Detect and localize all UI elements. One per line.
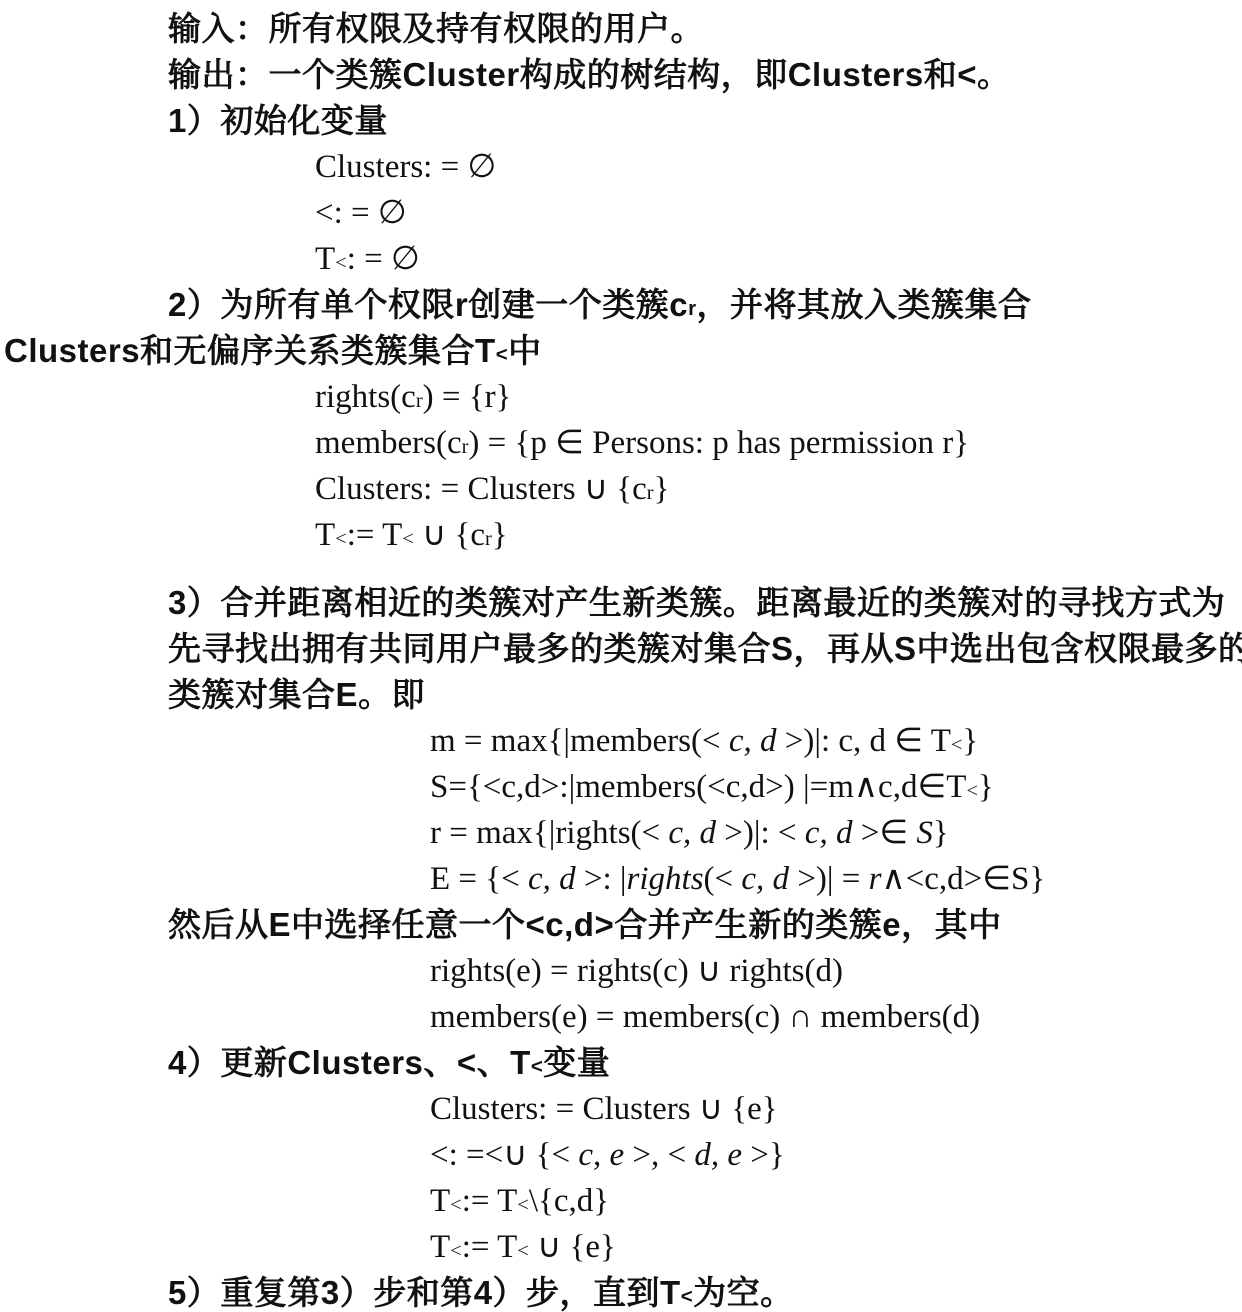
- text-run: ) = {r}: [423, 374, 512, 420]
- text-run: }: [962, 718, 978, 764]
- text-run: }: [492, 512, 508, 558]
- text-run: 3）合并距离相近的类簇对产生新类簇。距离最近的类簇对的寻找方式为: [168, 580, 1225, 626]
- italic-run: c, d: [729, 718, 777, 764]
- formula-members-cr: members(cr) = {p ∈ Persons: p has permis…: [0, 420, 1242, 466]
- document-page: 输入：所有权限及持有权限的用户。 输出：一个类簇Cluster构成的树结构，即C…: [0, 0, 1242, 1312]
- formula-members-e: members(e) = members(c) ∩ members(d): [0, 994, 1242, 1040]
- text-run: }: [933, 810, 949, 856]
- text-run: T: [315, 512, 335, 558]
- line-input-label: 输入：所有权限及持有权限的用户。: [0, 6, 1242, 52]
- text-run: \{c,d}: [529, 1178, 609, 1224]
- text-run: members(e) = members(c) ∩ members(d): [430, 994, 980, 1040]
- italic-run: c, d: [805, 810, 853, 856]
- text-run: r = max{|rights(<: [430, 810, 668, 856]
- text-run: Clusters: = ∅: [315, 144, 496, 190]
- text-run: rights(e) = rights(c) ∪ rights(d): [430, 948, 843, 994]
- text-run: 变量: [543, 1040, 610, 1086]
- text-run: Clusters: = Clusters ∪ {c: [315, 466, 647, 512]
- formula-t-init: T<: = ∅: [0, 236, 1242, 282]
- text-run: ，并将其放入类簇集合: [697, 282, 1032, 328]
- text-run: 中: [508, 328, 542, 374]
- text-run: >∈: [852, 810, 916, 856]
- italic-run: c, d: [741, 856, 789, 902]
- step-5-heading: 5）重复第3）步和第4）步，直到T<为空。: [0, 1270, 1242, 1312]
- text-run: T: [315, 236, 335, 282]
- italic-run: S: [916, 810, 933, 856]
- text-run: : = ∅: [347, 236, 420, 282]
- text-run: 类簇对集合E。即: [168, 672, 425, 718]
- formula-clusters-union-cr: Clusters: = Clusters ∪ {cr}: [0, 466, 1242, 512]
- text-run: <: =<∪ {<: [430, 1132, 578, 1178]
- formula-clusters-union-e: Clusters: = Clusters ∪ {e}: [0, 1086, 1242, 1132]
- formula-rights-cr: rights(cr) = {r}: [0, 374, 1242, 420]
- italic-run: c, d: [528, 856, 576, 902]
- formula-s-set: S={<c,d>:|members(<c,d>) |=m∧c,d∈T<}: [0, 764, 1242, 810]
- text-run: >)| =: [789, 856, 869, 902]
- text-run: >)|: <: [716, 810, 805, 856]
- text-run: := T: [462, 1224, 518, 1270]
- text-run: := T: [347, 512, 403, 558]
- formula-t-union-e: T<:= T< ∪ {e}: [0, 1224, 1242, 1270]
- text-run: 1）初始化变量: [168, 98, 388, 144]
- step-4-heading: 4）更新Clusters、<、T<变量: [0, 1040, 1242, 1086]
- italic-run: r: [869, 856, 882, 902]
- text-run: ∪ {e}: [529, 1224, 616, 1270]
- text-run: E = {<: [430, 856, 528, 902]
- text-run: members(c: [315, 420, 462, 466]
- line-output-label: 输出：一个类簇Cluster构成的树结构，即Clusters和<。: [0, 52, 1242, 98]
- text-run: }: [978, 764, 994, 810]
- formula-rights-e: rights(e) = rights(c) ∪ rights(d): [0, 948, 1242, 994]
- italic-run: d, e: [694, 1132, 742, 1178]
- text-run: >: |: [576, 856, 627, 902]
- formula-clusters-init: Clusters: = ∅: [0, 144, 1242, 190]
- step-3-heading: 3）合并距离相近的类簇对产生新类簇。距离最近的类簇对的寻找方式为: [0, 580, 1242, 626]
- text-run: S={<c,d>:|members(<c,d>) |=m∧c,d∈T: [430, 764, 966, 810]
- formula-order-init: <: = ∅: [0, 190, 1242, 236]
- text-run: m = max{|members(<: [430, 718, 729, 764]
- text-run: ∪ {c: [414, 512, 485, 558]
- formula-order-union-pairs: <: =<∪ {< c, e >, < d, e >}: [0, 1132, 1242, 1178]
- formula-r-max-rights: r = max{|rights(< c, d >)|: < c, d >∈ S}: [0, 810, 1242, 856]
- step-3-merge-note: 然后从E中选择任意一个<c,d>合并产生新的类簇e，其中: [0, 902, 1242, 948]
- text-run: rights(c: [315, 374, 416, 420]
- text-run: (<: [704, 856, 742, 902]
- step-2-heading: 2）为所有单个权限r创建一个类簇cr，并将其放入类簇集合: [0, 282, 1242, 328]
- formula-t-union-cr: T<:= T< ∪ {cr}: [0, 512, 1242, 558]
- text-run: T: [430, 1178, 450, 1224]
- text-run: 输入：所有权限及持有权限的用户。: [168, 6, 704, 52]
- italic-run: c, e: [578, 1132, 624, 1178]
- italic-run: c, d: [668, 810, 716, 856]
- text-run: Clusters: = Clusters ∪ {e}: [430, 1086, 778, 1132]
- text-run: 输出：一个类簇Cluster构成的树结构，即Clusters和<。: [168, 52, 1011, 98]
- step-1-heading: 1）初始化变量: [0, 98, 1242, 144]
- text-run: T: [430, 1224, 450, 1270]
- formula-e-set: E = {< c, d >: |rights(< c, d >)| = r∧<c…: [0, 856, 1242, 902]
- formula-t-minus-cd: T<:= T<\{c,d}: [0, 1178, 1242, 1224]
- text-run: >}: [742, 1132, 785, 1178]
- text-run: }: [654, 466, 670, 512]
- text-run: ∧<c,d>∈S}: [881, 856, 1045, 902]
- text-run: 5）重复第3）步和第4）步，直到T: [168, 1270, 681, 1312]
- step-3-continuation-2: 类簇对集合E。即: [0, 672, 1242, 718]
- step-3-continuation-1: 先寻找出拥有共同用户最多的类簇对集合S，再从S中选出包含权限最多的: [0, 626, 1242, 672]
- step-2-continuation: Clusters和无偏序关系类簇集合T<中: [0, 328, 1242, 374]
- text-run: 先寻找出拥有共同用户最多的类簇对集合S，再从S中选出包含权限最多的: [168, 626, 1242, 672]
- text-run: 为空。: [693, 1270, 794, 1312]
- formula-m-max-members: m = max{|members(< c, d >)|: c, d ∈ T<}: [0, 718, 1242, 764]
- text-run: 4）更新Clusters、<、T: [168, 1040, 531, 1086]
- text-run: := T: [462, 1178, 518, 1224]
- text-run: Clusters和无偏序关系类簇集合T: [4, 328, 496, 374]
- text-run: >)|: c, d ∈ T: [777, 718, 951, 764]
- text-run: ) = {p ∈ Persons: p has permission r}: [468, 420, 969, 466]
- italic-run: rights: [627, 856, 704, 902]
- text-run: <: = ∅: [315, 190, 407, 236]
- text-run: 然后从E中选择任意一个<c,d>合并产生新的类簇e，其中: [168, 902, 1002, 948]
- text-run: 2）为所有单个权限r创建一个类簇c: [168, 282, 688, 328]
- text-run: >, <: [624, 1132, 694, 1178]
